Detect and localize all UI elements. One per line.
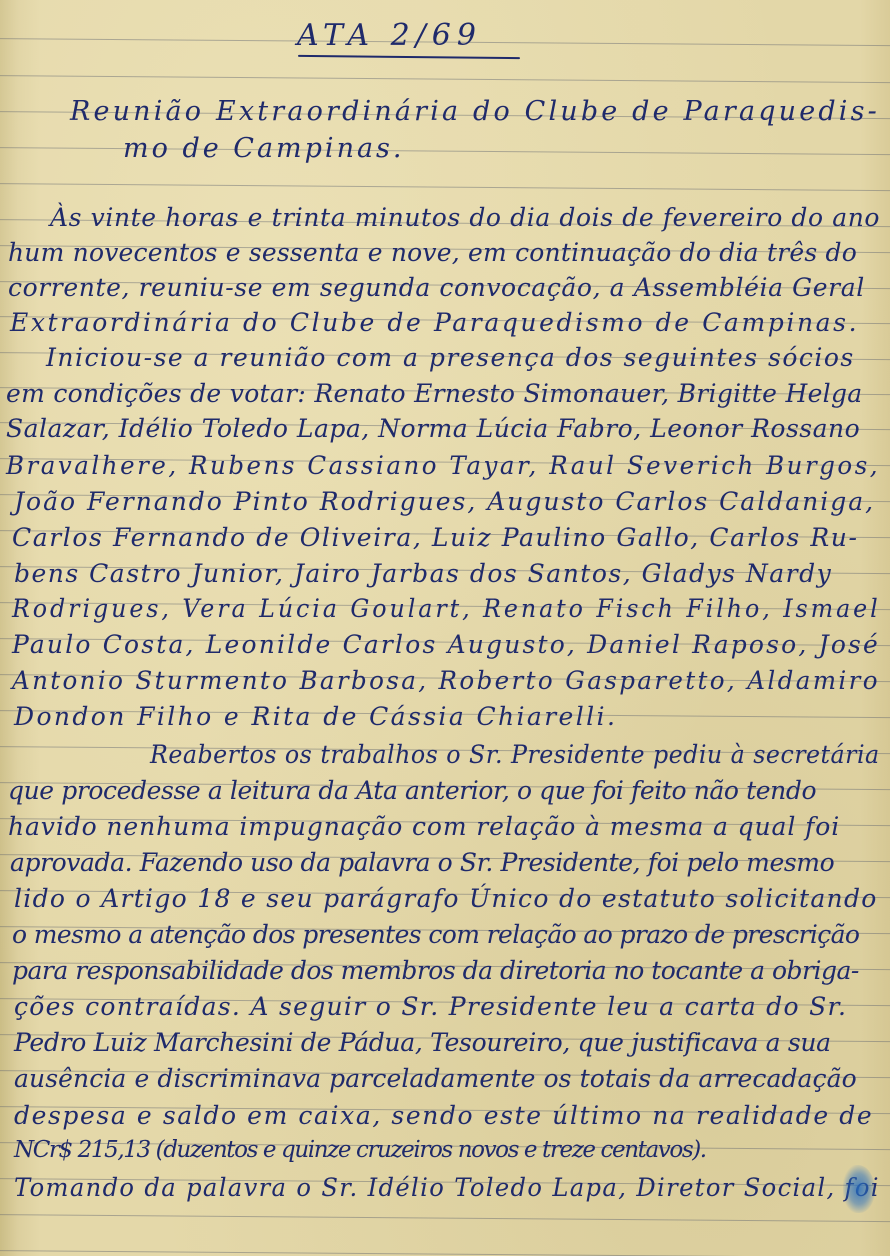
text-line: João Fernando Pinto Rodrigues, Augusto C…	[14, 487, 875, 516]
text-line: corrente, reuniu-se em segunda convocaçã…	[8, 273, 865, 302]
text-line: o mesmo a atenção dos presentes com rela…	[12, 920, 859, 949]
ruled-line	[0, 75, 890, 83]
text-line: Tomando da palavra o Sr. Idélio Toledo L…	[14, 1173, 880, 1202]
text-line: Iniciou-se a reunião com a presença dos …	[46, 343, 855, 372]
text-line: lido o Artigo 18 e seu parágrafo Único d…	[14, 884, 878, 913]
heading-line: Reunião Extraordinária do Clube de Paraq…	[70, 96, 880, 127]
text-line: Dondon Filho e Rita de Cássia Chiarelli.	[14, 702, 617, 731]
ruled-line	[0, 183, 890, 191]
text-line: em condições de votar: Renato Ernesto Si…	[6, 379, 863, 408]
text-line: NCr$ 215,13 (duzentos e quinze cruzeiros…	[14, 1137, 706, 1163]
text-line: Salazar, Idélio Toledo Lapa, Norma Lúcia…	[6, 414, 860, 443]
ruled-line	[0, 1214, 890, 1222]
text-line: bens Castro Junior, Jairo Jarbas dos San…	[14, 559, 832, 588]
text-line: despesa e saldo em caixa, sendo este últ…	[14, 1101, 873, 1130]
text-line: que procedesse a leitura da Ata anterior…	[8, 776, 816, 805]
text-line: Reabertos os trabalhos o Sr. Presidente …	[150, 740, 880, 769]
text-line: Antonio Sturmento Barbosa, Roberto Gaspa…	[12, 666, 880, 695]
text-line: Bravalhere, Rubens Cassiano Tayar, Raul …	[6, 451, 880, 480]
ink-blot	[843, 1165, 875, 1213]
text-line: Paulo Costa, Leonilde Carlos Augusto, Da…	[12, 630, 880, 659]
ruled-line	[0, 1250, 890, 1256]
text-line: hum novecentos e sessenta e nove, em con…	[8, 238, 857, 267]
text-line: aprovada. Fazendo uso da palavra o Sr. P…	[10, 848, 834, 877]
text-line: Às vinte horas e trinta minutos do dia d…	[50, 203, 880, 232]
text-line: havido nenhuma impugnação com relação à …	[8, 812, 840, 841]
text-line: Extraordinária do Clube de Paraquedismo …	[10, 308, 859, 337]
text-line: Carlos Fernando de Oliveira, Luiz Paulin…	[12, 523, 859, 552]
text-line: Rodrigues, Vera Lúcia Goulart, Renato Fi…	[12, 594, 881, 623]
heading-line: mo de Campinas.	[123, 133, 405, 164]
notebook-page: ATA 2/69 Reunião Extraordinária do Clube…	[0, 0, 890, 1256]
document-title: ATA 2/69	[297, 18, 482, 53]
title-underline	[298, 55, 520, 59]
text-line: Pedro Luiz Marchesini de Pádua, Tesourei…	[14, 1028, 831, 1057]
text-line: para responsabilidade dos membros da dir…	[12, 956, 859, 985]
text-line: ções contraídas. A seguir o Sr. Presiden…	[14, 992, 847, 1021]
text-line: ausência e discriminava parceladamente o…	[14, 1064, 857, 1093]
